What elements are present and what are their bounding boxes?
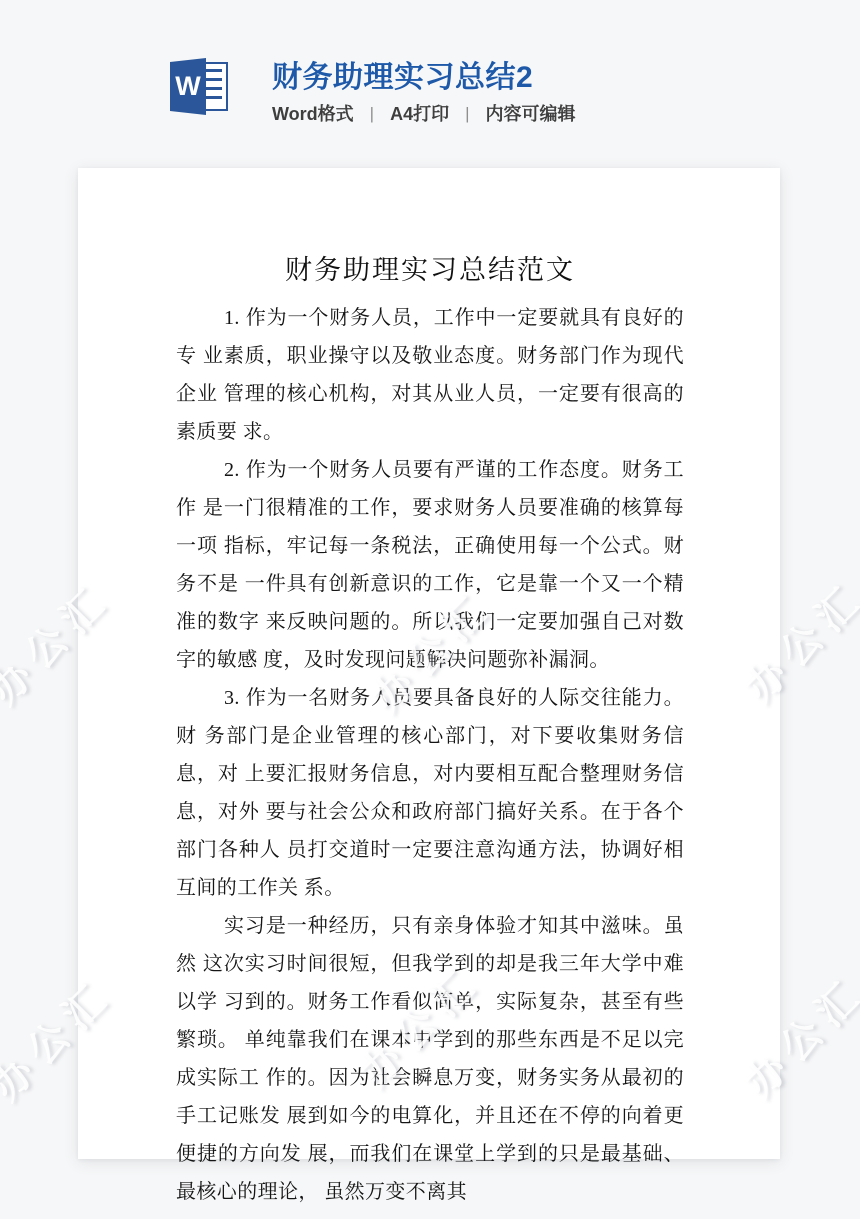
paragraph-1: 1. 作为一个财务人员，工作中一定要就具有良好的专 业素质，职业操守以及敬业态度… <box>176 299 684 451</box>
word-file-icon: W <box>170 58 228 115</box>
header: W 财务助理实习总结2 Word格式|A4打印|内容可编辑 <box>0 0 860 140</box>
paragraph-4: 实习是一种经历，只有亲身体验才知其中滋味。虽然 这次实习时间很短，但我学到的却是… <box>176 907 684 1211</box>
document-body: 1. 作为一个财务人员，工作中一定要就具有良好的专 业素质，职业操守以及敬业态度… <box>176 299 684 1211</box>
page-root: W 财务助理实习总结2 Word格式|A4打印|内容可编辑 财务助理实习总结范文… <box>0 0 860 1219</box>
file-attributes: Word格式|A4打印|内容可编辑 <box>272 100 576 126</box>
paragraph-2: 2. 作为一个财务人员要有严谨的工作态度。财务工作 是一门很精准的工作，要求财务… <box>176 451 684 679</box>
word-w-panel-icon: W <box>170 58 206 115</box>
attribute-editable: 内容可编辑 <box>486 104 576 124</box>
attribute-separator: | <box>465 104 469 123</box>
paragraph-3: 3. 作为一名财务人员要具备良好的人际交往能力。财 务部门是企业管理的核心部门，… <box>176 679 684 907</box>
attribute-format: Word格式 <box>272 104 354 124</box>
document-page: 财务助理实习总结范文 1. 作为一个财务人员，工作中一定要就具有良好的专 业素质… <box>78 168 780 1159</box>
document-title: 财务助理实习总结范文 <box>176 248 684 287</box>
word-letter: W <box>175 73 200 100</box>
attribute-separator: | <box>370 104 374 123</box>
file-title: 财务助理实习总结2 <box>272 52 533 96</box>
attribute-print: A4打印 <box>390 104 449 124</box>
